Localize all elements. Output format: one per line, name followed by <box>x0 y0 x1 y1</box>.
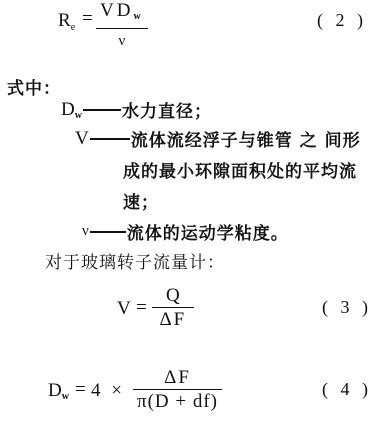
eq4-numerator: ΔF <box>160 368 195 388</box>
definition-dw: Dw 水力直径； <box>61 97 212 122</box>
eq2-lhs-symbol: R <box>58 10 71 31</box>
em-dash <box>90 231 126 233</box>
definition-nu-symbol: ν <box>82 223 89 240</box>
em-dash <box>83 109 121 111</box>
eq4-lhs-symbol: D <box>48 380 62 401</box>
eq4-denominator: π(D + df) <box>133 392 222 412</box>
definition-v-symbol: V <box>75 128 89 150</box>
definition-dw-symbol: Dw <box>61 99 82 121</box>
eq4-equals: = <box>75 379 86 401</box>
eq2-denominator: ν <box>114 31 129 51</box>
equation-4: Dw = 4 × ΔF π(D + df) ( 4 ) <box>0 370 379 424</box>
eq2-lhs-subscript: e <box>71 22 75 33</box>
eq2-numerator: VDw <box>96 1 148 27</box>
definition-dw-symbol-main: D <box>61 99 75 120</box>
eq4-fraction-bar <box>133 389 222 390</box>
eq4-lhs: Dw <box>48 380 69 402</box>
eq2-fraction: VDw ν <box>96 1 148 51</box>
eq3-fraction: Q ΔF <box>152 286 194 330</box>
eq3-lhs: V <box>117 298 131 320</box>
eq2-equals: = <box>82 8 93 30</box>
definition-v-text-line-3: 速； <box>123 188 159 213</box>
eq3-denominator: ΔF <box>155 310 190 330</box>
where-label: 式中： <box>7 74 61 99</box>
eq4-lhs-subscript: w <box>62 391 69 402</box>
definition-v: V 流体流经浮子与锥管 之 间形 <box>75 126 361 151</box>
eq3-fraction-bar <box>152 307 194 308</box>
equation-2: Re = VDw ν ( 2 ) <box>0 0 379 44</box>
eq4-number: ( 4 ) <box>322 379 368 400</box>
eq2-number: ( 2 ) <box>317 10 363 31</box>
em-dash <box>90 138 130 140</box>
definition-v-text-line-1: 流体流经浮子与锥管 之 间形 <box>131 126 361 151</box>
eq3-number: ( 3 ) <box>322 297 368 318</box>
eq2-numerator-subscript: w <box>133 11 143 22</box>
eq4-coefficient: 4 × <box>91 380 122 402</box>
eq4-fraction: ΔF π(D + df) <box>133 368 222 412</box>
eq2-numerator-text: VD <box>100 0 133 21</box>
definition-dw-symbol-sub: w <box>75 110 82 121</box>
eq3-equals: = <box>136 297 147 319</box>
eq2-fraction-bar <box>96 28 148 29</box>
eq2-lhs: Re <box>58 10 75 33</box>
glass-rotameter-intro: 对于玻璃转子流量计： <box>45 248 225 273</box>
definition-nu: ν 流体的运动学粘度。 <box>82 219 289 244</box>
definition-v-text-line-2: 成的最小环隙面积处的平均流 <box>123 157 357 182</box>
definition-nu-text: 流体的运动学粘度。 <box>127 219 289 244</box>
eq3-numerator: Q <box>152 286 194 306</box>
equation-3: V = Q ΔF ( 3 ) <box>0 288 379 336</box>
definition-dw-text: 水力直径； <box>122 97 212 122</box>
